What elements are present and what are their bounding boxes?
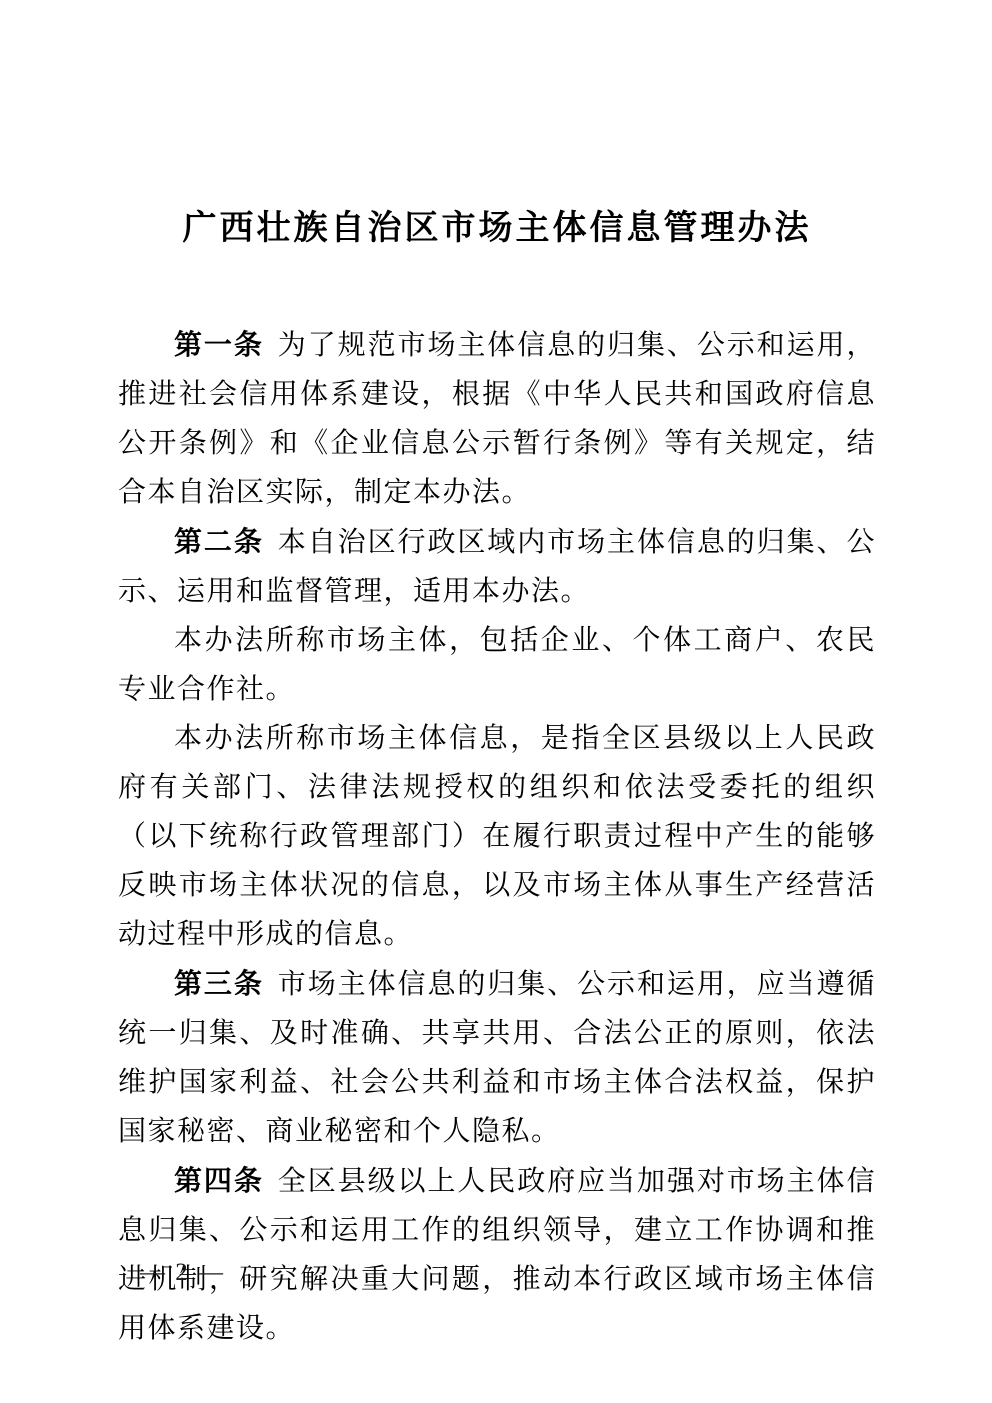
- document-body: 第一条为了规范市场主体信息的归集、公示和运用，推进社会信用体系建设，根据《中华人…: [118, 320, 876, 1353]
- page-number: — 2 —: [140, 1258, 225, 1288]
- paragraph: 第四条全区县级以上人民政府应当加强对市场主体信息归集、公示和运用工作的组织领导，…: [118, 1156, 876, 1353]
- paragraph: 本办法所称市场主体，包括企业、个体工商户、农民专业合作社。: [118, 616, 876, 714]
- paragraph: 第一条为了规范市场主体信息的归集、公示和运用，推进社会信用体系建设，根据《中华人…: [118, 320, 876, 517]
- article-number: 第二条: [174, 526, 264, 557]
- article-number: 第三条: [174, 968, 264, 999]
- article-number: 第一条: [174, 329, 264, 360]
- document-page: 广西壮族自治区市场主体信息管理办法 第一条为了规范市场主体信息的归集、公示和运用…: [0, 0, 992, 1403]
- paragraph-text: 本办法所称市场主体，包括企业、个体工商户、农民专业合作社。: [118, 625, 876, 705]
- page-title: 广西壮族自治区市场主体信息管理办法: [118, 206, 876, 252]
- paragraph: 第三条市场主体信息的归集、公示和运用，应当遵循统一归集、及时准确、共享共用、合法…: [118, 959, 876, 1156]
- article-number: 第四条: [174, 1165, 264, 1196]
- paragraph: 第二条本自治区行政区域内市场主体信息的归集、公示、运用和监督管理，适用本办法。: [118, 517, 876, 616]
- paragraph-text: 本办法所称市场主体信息，是指全区县级以上人民政府有关部门、法律法规授权的组织和依…: [118, 723, 876, 950]
- paragraph: 本办法所称市场主体信息，是指全区县级以上人民政府有关部门、法律法规授权的组织和依…: [118, 714, 876, 959]
